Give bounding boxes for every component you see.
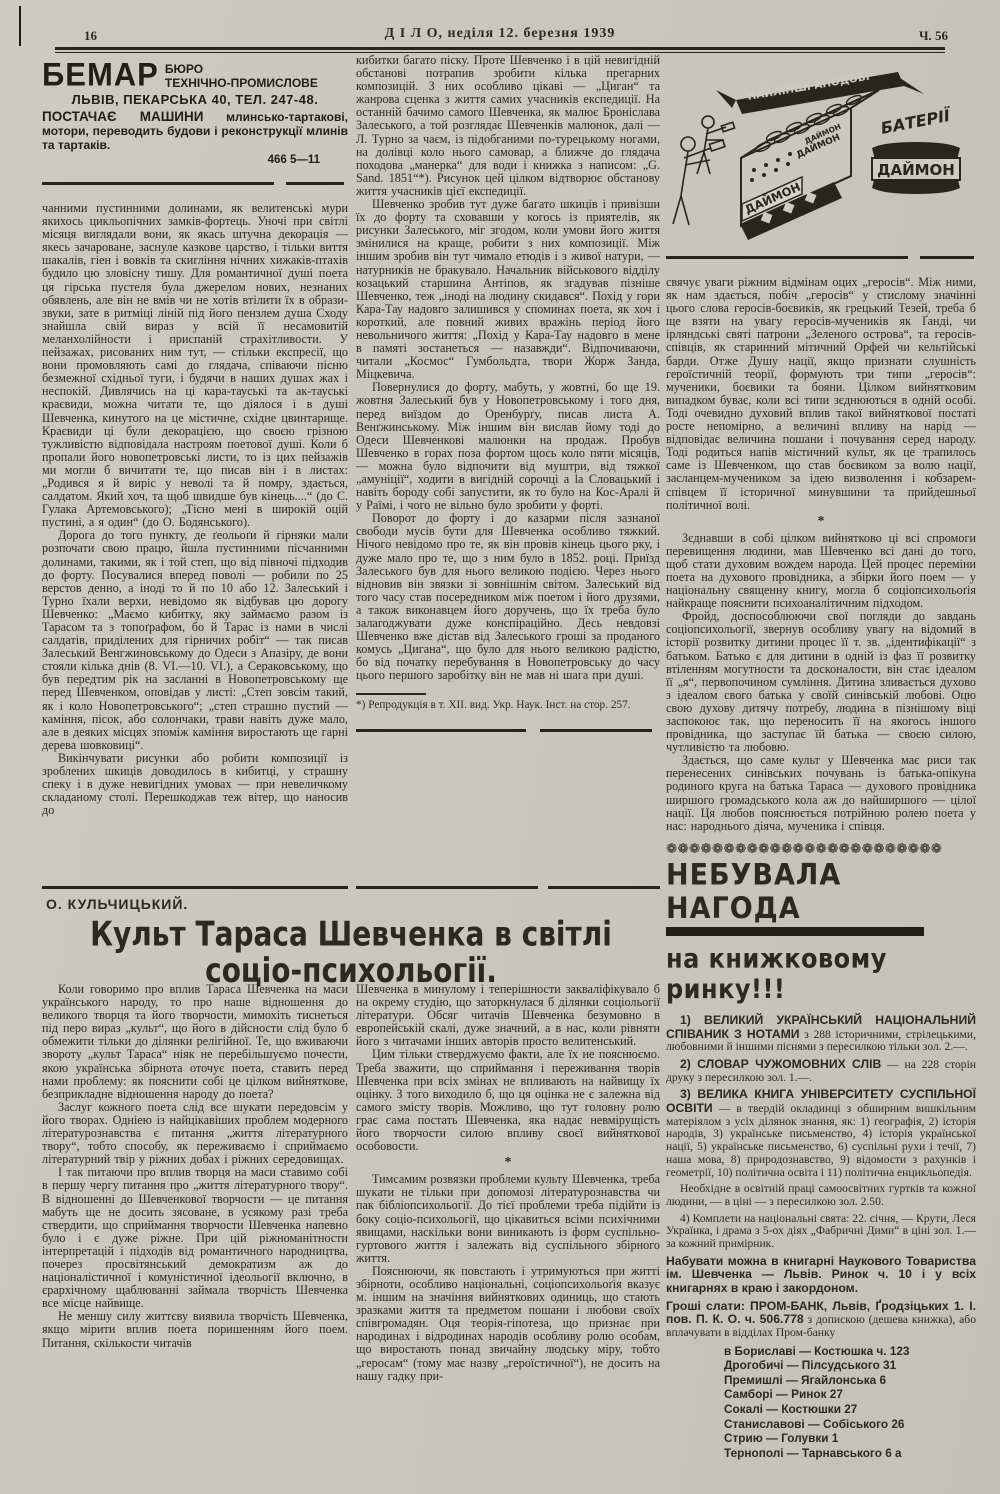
- paragraph: Коли говоримо про вплив Тараса Шевченка …: [42, 983, 348, 1101]
- divider-rule: [42, 886, 348, 889]
- bemar-ad-body: ПОСТАЧАЄ МАШИНИ млинсько-тартакові, мото…: [42, 110, 348, 152]
- divider-rule: [356, 721, 660, 739]
- book-ad-bar: [666, 927, 924, 936]
- divider-rule: [548, 886, 660, 889]
- branch-line: Тернополі — Тарнавського 6 а: [724, 1446, 976, 1461]
- branch-line: Дрогобичі — Пілсудського 31: [724, 1358, 976, 1373]
- paragraph: Тимсамим розвязки проблеми культу Шевчен…: [356, 1173, 660, 1265]
- issue-number: Ч. 56: [919, 28, 948, 44]
- daymon-badge: ДАЙМОН: [872, 142, 960, 194]
- article-continuation-col3: свячує уваги ріжним відмінам оцих „герос…: [666, 276, 976, 833]
- bemar-ad-name: БЕМАР: [42, 60, 159, 91]
- paragraph: Повернулися до форту, мабуть, у жовтні, …: [356, 381, 660, 512]
- svg-text:ДАЙМОН: ДАЙМОН: [877, 160, 955, 179]
- book-ad-where-to-buy: Набувати можна в книгарні Наукового Това…: [666, 1255, 976, 1296]
- divider-rule: [666, 248, 976, 266]
- footnote-rule: [356, 693, 426, 695]
- paragraph: Пояснюючи, як повстають і утримуються пр…: [356, 1265, 660, 1383]
- paragraph: Дорога до того пункту, де ґеольоґи й гір…: [42, 529, 348, 752]
- masthead: Д І Л О, неділя 12. березня 1939: [0, 26, 1000, 42]
- article-continuation-col2: кибитки багато піску. Проте Шевченко і в…: [356, 54, 660, 683]
- bemar-ad-line2: ТЕХНІЧНО-ПРОМИСЛОВЕ: [165, 76, 318, 90]
- column-2: кибитки багато піску. Проте Шевченко і в…: [356, 54, 660, 890]
- paragraph: чанними пустинними долинами, як велитенс…: [42, 202, 348, 529]
- paragraph: Фройд, доспособлюючи свої погляди до зав…: [666, 610, 976, 754]
- section-star: *: [356, 1153, 660, 1173]
- bemar-ad-ref: 466 5—11: [42, 154, 348, 166]
- book-ad-item-4: 4) Комплети на національні свята: 22. сі…: [666, 1213, 976, 1251]
- article-author: О. КУЛЬЧИЦЬКИЙ.: [46, 896, 188, 912]
- paragraph: Цим тільки стверджуємо факти, але їх не …: [356, 1048, 660, 1153]
- branch-line: в Бориславі — Костюшка ч. 123: [724, 1344, 976, 1359]
- footnote: *) Репродукція в т. XII. вид. Укр. Наук.…: [356, 699, 660, 712]
- paragraph: свячує уваги ріжним відмінам оцих „герос…: [666, 276, 976, 512]
- bemar-ad-body-lead: ПОСТАЧАЄ МАШИНИ: [42, 109, 203, 124]
- featured-article-col-left: Коли говоримо про вплив Тараса Шевченка …: [42, 983, 348, 1461]
- branch-line: Стрию — Голувки 1: [724, 1431, 976, 1446]
- paragraph: Заслуг кожного поета слід все шукати пер…: [42, 1101, 348, 1166]
- bemar-ad-line1: БЮРО: [165, 62, 203, 76]
- book-ad-payment: Гроші слати: ПРОМ-БАНК, Львів, Ґродзіцьк…: [666, 1300, 976, 1340]
- ornament-border-top: ❁❁❁❁❁❁❁❁❁❁❁❁❁❁❁❁❁❁❁❁❁❁❁❁: [666, 841, 976, 857]
- paragraph: Викінчувати рисунки або робити композиці…: [42, 752, 348, 817]
- bemar-ad-address: ЛЬВІВ, ПЕКАРСЬКА 40, ТЕЛ. 247-48.: [42, 92, 348, 107]
- column-1: БЕМАР БЮРО ТЕХНІЧНО-ПРОМИСЛОВЕ ЛЬВІВ, ПЕ…: [42, 60, 348, 888]
- book-ad-item-1: 1) ВЕЛИКИЙ УКРАЇНСЬКИЙ НАЦІОНАЛЬНИЙ СПІВ…: [666, 1014, 976, 1054]
- branch-line: Сокалі — Костюшки 27: [724, 1402, 976, 1417]
- article-continuation-col1: чанними пустинними долинами, як велитенс…: [42, 202, 348, 817]
- book-ad-item-3: 3) ВЕЛИКА КНИГА УНІВЕРСИТЕТУ СУСПІЛЬНОЇ …: [666, 1088, 976, 1179]
- section-star: *: [666, 512, 976, 532]
- column-3: НАЙЛІПШІ АНОДОВІ: [666, 48, 976, 1468]
- paragraph: Шевченко зробив тут дуже багато шкиців і…: [356, 198, 660, 381]
- paragraph: Здається, що саме культ у Шевченка має р…: [666, 754, 976, 833]
- article-headline: Культ Тараса Шевченка в світлі соціо-пси…: [42, 916, 660, 989]
- book-ad-subtitle: на книжковому ринку!!!: [666, 943, 976, 1005]
- paragraph: Поворот до форту і до казарми після зазн…: [356, 512, 660, 682]
- book-market-ad: НЕБУВАЛА НАГОДА на книжковому ринку!!! 1…: [666, 861, 976, 1461]
- bemar-ad: БЕМАР БЮРО ТЕХНІЧНО-ПРОМИСЛОВЕ ЛЬВІВ, ПЕ…: [42, 60, 348, 166]
- item-lead: 2) СЛОВАР ЧУЖОМОВНИХ СЛІВ: [680, 1057, 881, 1071]
- newspaper-page: 16 Д І Л О, неділя 12. березня 1939 Ч. 5…: [0, 0, 1000, 1494]
- paragraph: Зєднавши в собі цілком вийнятково ці всі…: [666, 532, 976, 611]
- branch-line: Станиславові — Собіського 26: [724, 1417, 976, 1432]
- divider-rule: [42, 174, 348, 192]
- item-rest: — в твердій окладинці з обширним вишкіль…: [666, 1102, 976, 1179]
- divider-rule: [356, 886, 538, 889]
- bemar-ad-subtitle: БЮРО ТЕХНІЧНО-ПРОМИСЛОВЕ: [165, 60, 318, 90]
- paragraph: кибитки багато піску. Проте Шевченко і в…: [356, 54, 660, 198]
- bank-branches-list: в Бориславі — Костюшка ч. 123 Дрогобичі …: [724, 1344, 976, 1461]
- book-ad-item-2: 2) СЛОВАР ЧУЖОМОВНИХ СЛІВ — на 228 сторі…: [666, 1058, 976, 1084]
- paragraph: Шевченка в минулому і теперішности заква…: [356, 983, 660, 1048]
- paragraph: І так питаючи про вплив творця на маси с…: [42, 1166, 348, 1310]
- branch-line: Премишлі — Ягайлонська 6: [724, 1373, 976, 1388]
- book-ad-note: Необхідне в освітній праці самоосвітних …: [666, 1183, 976, 1208]
- paragraph: Не меншу силу життєву виявила творчість …: [42, 1310, 348, 1349]
- daymon-ad-illustration: НАЙЛІПШІ АНОДОВІ: [666, 48, 966, 244]
- branch-line: Самборі — Ринок 27: [724, 1387, 976, 1402]
- featured-article-col-right: Шевченка в минулому і теперішности заква…: [356, 983, 660, 1461]
- book-ad-title: НЕБУВАЛА НАГОДА: [666, 858, 976, 925]
